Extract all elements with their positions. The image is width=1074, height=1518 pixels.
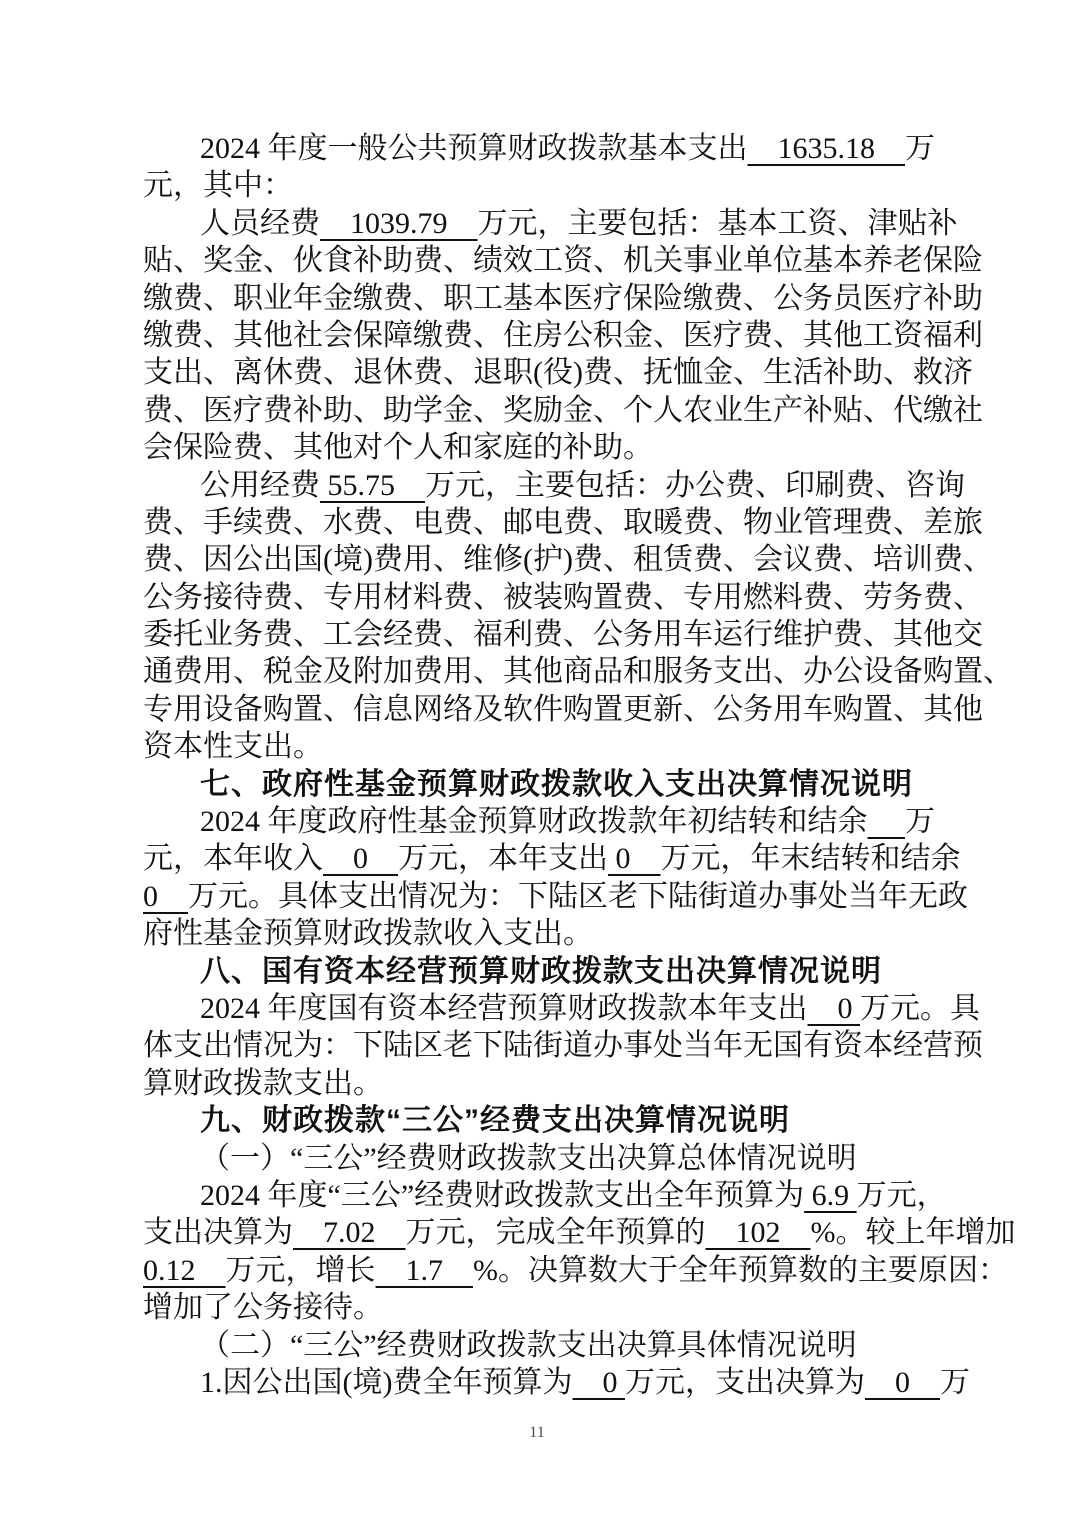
text-segment: 资本性支出。 (143, 730, 323, 763)
text-segment: 2024 年度“三公”经费财政拨款支出全年预算为 (200, 1179, 804, 1212)
text-line: 增加了公务接待。 (143, 1289, 959, 1326)
text-segment: 1.因公出国(境)费全年预算为 (200, 1366, 572, 1399)
text-line: 支出、离休费、退休费、退职(役)费、抚恤金、生活补助、救济 (143, 354, 959, 391)
text-segment: 万 (905, 805, 935, 838)
text-line: 贴、奖金、伙食补助费、绩效工资、机关事业单位基本养老保险 (143, 242, 959, 279)
text-line: 元，其中： (143, 167, 959, 204)
text-segment: （二）“三公”经费财政拨款支出决算具体情况说明 (200, 1329, 857, 1362)
text-line: 费、医疗费补助、助学金、奖励金、个人农业生产补贴、代缴社 (143, 392, 959, 429)
text-segment: 支出决算为 (143, 1216, 293, 1249)
text-segment: 万元。具体支出情况为：下陆区老下陆街道办事处当年无政 (188, 880, 968, 913)
page-number: 11 (0, 1424, 1074, 1442)
underlined-value: 0 (143, 880, 188, 913)
underlined-value: 0 (808, 992, 861, 1025)
text-segment: 万 (940, 1366, 970, 1399)
text-line: 人员经费 1039.79 万元，主要包括：基本工资、津贴补 (143, 205, 959, 242)
text-segment: 万 (905, 132, 935, 165)
text-line: 公用经费 55.75 万元，主要包括：办公费、印刷费、咨询 (143, 467, 959, 504)
text-segment: 万元，支出决算为 (625, 1366, 865, 1399)
text-segment: 公务接待费、专用材料费、被装购置费、专用燃料费、劳务费、 (143, 581, 983, 614)
text-line: 算财政拨款支出。 (143, 1065, 959, 1102)
text-segment: 万元，主要包括：基本工资、津贴补 (478, 207, 958, 240)
underlined-value: 6.9 (804, 1179, 857, 1212)
text-line: 费、手续费、水费、电费、邮电费、取暖费、物业管理费、差旅 (143, 504, 959, 541)
text-segment: %。决算数大于全年预算数的主要原因： (473, 1254, 1008, 1287)
underlined-value: 0 (608, 842, 661, 875)
text-line: 0.12 万元，增长 1.7 %。决算数大于全年预算数的主要原因： (143, 1252, 959, 1289)
text-line: 专用设备购置、信息网络及软件购置更新、公务用车购置、其他 (143, 691, 959, 728)
text-segment: 元，本年收入 (143, 842, 323, 875)
text-segment: 万元，年末结转和结余 (661, 842, 961, 875)
text-segment: 增加了公务接待。 (143, 1291, 383, 1324)
text-segment: 专用设备购置、信息网络及软件购置更新、公务用车购置、其他 (143, 693, 983, 726)
text-segment: 万元。具 (860, 992, 980, 1025)
text-line: 公务接待费、专用材料费、被装购置费、专用燃料费、劳务费、 (143, 579, 959, 616)
section-heading: 九、财政拨款“三公”经费支出决算情况说明 (143, 1102, 959, 1139)
text-segment: （一）“三公”经费财政拨款支出决算总体情况说明 (200, 1142, 857, 1175)
text-segment: 府性基金预算财政拨款收入支出。 (143, 917, 593, 950)
text-segment: 费、手续费、水费、电费、邮电费、取暖费、物业管理费、差旅 (143, 506, 983, 539)
text-segment: 2024 年度国有资本经营预算财政拨款本年支出 (200, 992, 808, 1025)
text-segment: 缴费、其他社会保障缴费、住房公积金、医疗费、其他工资福利 (143, 319, 983, 352)
text-segment: 人员经费 (200, 207, 320, 240)
text-line: 资本性支出。 (143, 728, 959, 765)
text-segment: 万元，增长 (226, 1254, 376, 1287)
underlined-value: 1635.18 (748, 132, 906, 165)
text-segment: 支出、离休费、退休费、退职(役)费、抚恤金、生活补助、救济 (143, 356, 973, 389)
text-segment: 八、国有资本经营预算财政拨款支出决算情况说明 (200, 955, 882, 988)
underlined-value: 55.75 (320, 469, 425, 502)
underlined-value: 1039.79 (320, 207, 478, 240)
underlined-value: 0 (323, 842, 398, 875)
text-line: 2024 年度一般公共预算财政拨款基本支出 1635.18 万 (143, 130, 959, 167)
text-line: （二）“三公”经费财政拨款支出决算具体情况说明 (143, 1327, 959, 1364)
text-segment: 九、财政拨款“三公”经费支出决算情况说明 (200, 1104, 790, 1137)
text-segment: 体支出情况为：下陆区老下陆街道办事处当年无国有资本经营预 (143, 1029, 983, 1062)
text-segment: 缴费、职业年金缴费、职工基本医疗保险缴费、公务员医疗补助 (143, 282, 983, 315)
text-segment: 万元，主要包括：办公费、印刷费、咨询 (425, 469, 965, 502)
text-line: 会保险费、其他对个人和家庭的补助。 (143, 429, 959, 466)
text-segment: 费、因公出国(境)费用、维修(护)费、租赁费、会议费、培训费、 (143, 543, 993, 576)
text-line: 2024 年度“三公”经费财政拨款支出全年预算为 6.9 万元， (143, 1177, 959, 1214)
text-line: 0 万元。具体支出情况为：下陆区老下陆街道办事处当年无政 (143, 878, 959, 915)
text-line: 通费用、税金及附加费用、其他商品和服务支出、办公设备购置、 (143, 653, 959, 690)
underlined-value (868, 805, 906, 838)
text-line: 支出决算为 7.02 万元，完成全年预算的 102 %。较上年增加 (143, 1214, 959, 1251)
text-line: （一）“三公”经费财政拨款支出决算总体情况说明 (143, 1140, 959, 1177)
text-segment: %。较上年增加 (811, 1216, 1016, 1249)
text-line: 体支出情况为：下陆区老下陆街道办事处当年无国有资本经营预 (143, 1027, 959, 1064)
text-segment: 2024 年度一般公共预算财政拨款基本支出 (200, 132, 748, 165)
text-line: 2024 年度国有资本经营预算财政拨款本年支出 0 万元。具 (143, 990, 959, 1027)
text-segment: 万元，完成全年预算的 (406, 1216, 706, 1249)
section-heading: 八、国有资本经营预算财政拨款支出决算情况说明 (143, 953, 959, 990)
section-heading: 七、政府性基金预算财政拨款收入支出决算情况说明 (143, 766, 959, 803)
text-segment: 万元，本年支出 (398, 842, 608, 875)
text-line: 缴费、其他社会保障缴费、住房公积金、医疗费、其他工资福利 (143, 317, 959, 354)
text-segment: 公用经费 (200, 469, 320, 502)
text-segment: 七、政府性基金预算财政拨款收入支出决算情况说明 (200, 768, 913, 801)
text-segment: 2024 年度政府性基金预算财政拨款年初结转和结余 (200, 805, 868, 838)
text-line: 2024 年度政府性基金预算财政拨款年初结转和结余 万 (143, 803, 959, 840)
text-line: 府性基金预算财政拨款收入支出。 (143, 915, 959, 952)
text-segment: 费、医疗费补助、助学金、奖励金、个人农业生产补贴、代缴社 (143, 394, 983, 427)
document-body: 2024 年度一般公共预算财政拨款基本支出 1635.18 万元，其中：人员经费… (143, 130, 959, 1401)
text-line: 1.因公出国(境)费全年预算为 0 万元，支出决算为 0 万 (143, 1364, 959, 1401)
underlined-value: 7.02 (293, 1216, 406, 1249)
text-line: 费、因公出国(境)费用、维修(护)费、租赁费、会议费、培训费、 (143, 541, 959, 578)
text-segment: 元，其中： (143, 169, 293, 202)
underlined-value: 0.12 (143, 1254, 226, 1287)
underlined-value: 1.7 (376, 1254, 474, 1287)
underlined-value: 0 (865, 1366, 940, 1399)
text-segment: 万元， (857, 1179, 947, 1212)
text-segment: 贴、奖金、伙食补助费、绩效工资、机关事业单位基本养老保险 (143, 244, 983, 277)
underlined-value: 102 (706, 1216, 811, 1249)
document-page: 2024 年度一般公共预算财政拨款基本支出 1635.18 万元，其中：人员经费… (0, 0, 1074, 1518)
text-line: 缴费、职业年金缴费、职工基本医疗保险缴费、公务员医疗补助 (143, 280, 959, 317)
text-segment: 会保险费、其他对个人和家庭的补助。 (143, 431, 653, 464)
text-segment: 委托业务费、工会经费、福利费、公务用车运行维护费、其他交 (143, 618, 983, 651)
text-segment: 算财政拨款支出。 (143, 1067, 383, 1100)
text-line: 元，本年收入 0 万元，本年支出 0 万元，年末结转和结余 (143, 840, 959, 877)
underlined-value: 0 (572, 1366, 625, 1399)
text-segment: 通费用、税金及附加费用、其他商品和服务支出、办公设备购置、 (143, 655, 1013, 688)
text-line: 委托业务费、工会经费、福利费、公务用车运行维护费、其他交 (143, 616, 959, 653)
